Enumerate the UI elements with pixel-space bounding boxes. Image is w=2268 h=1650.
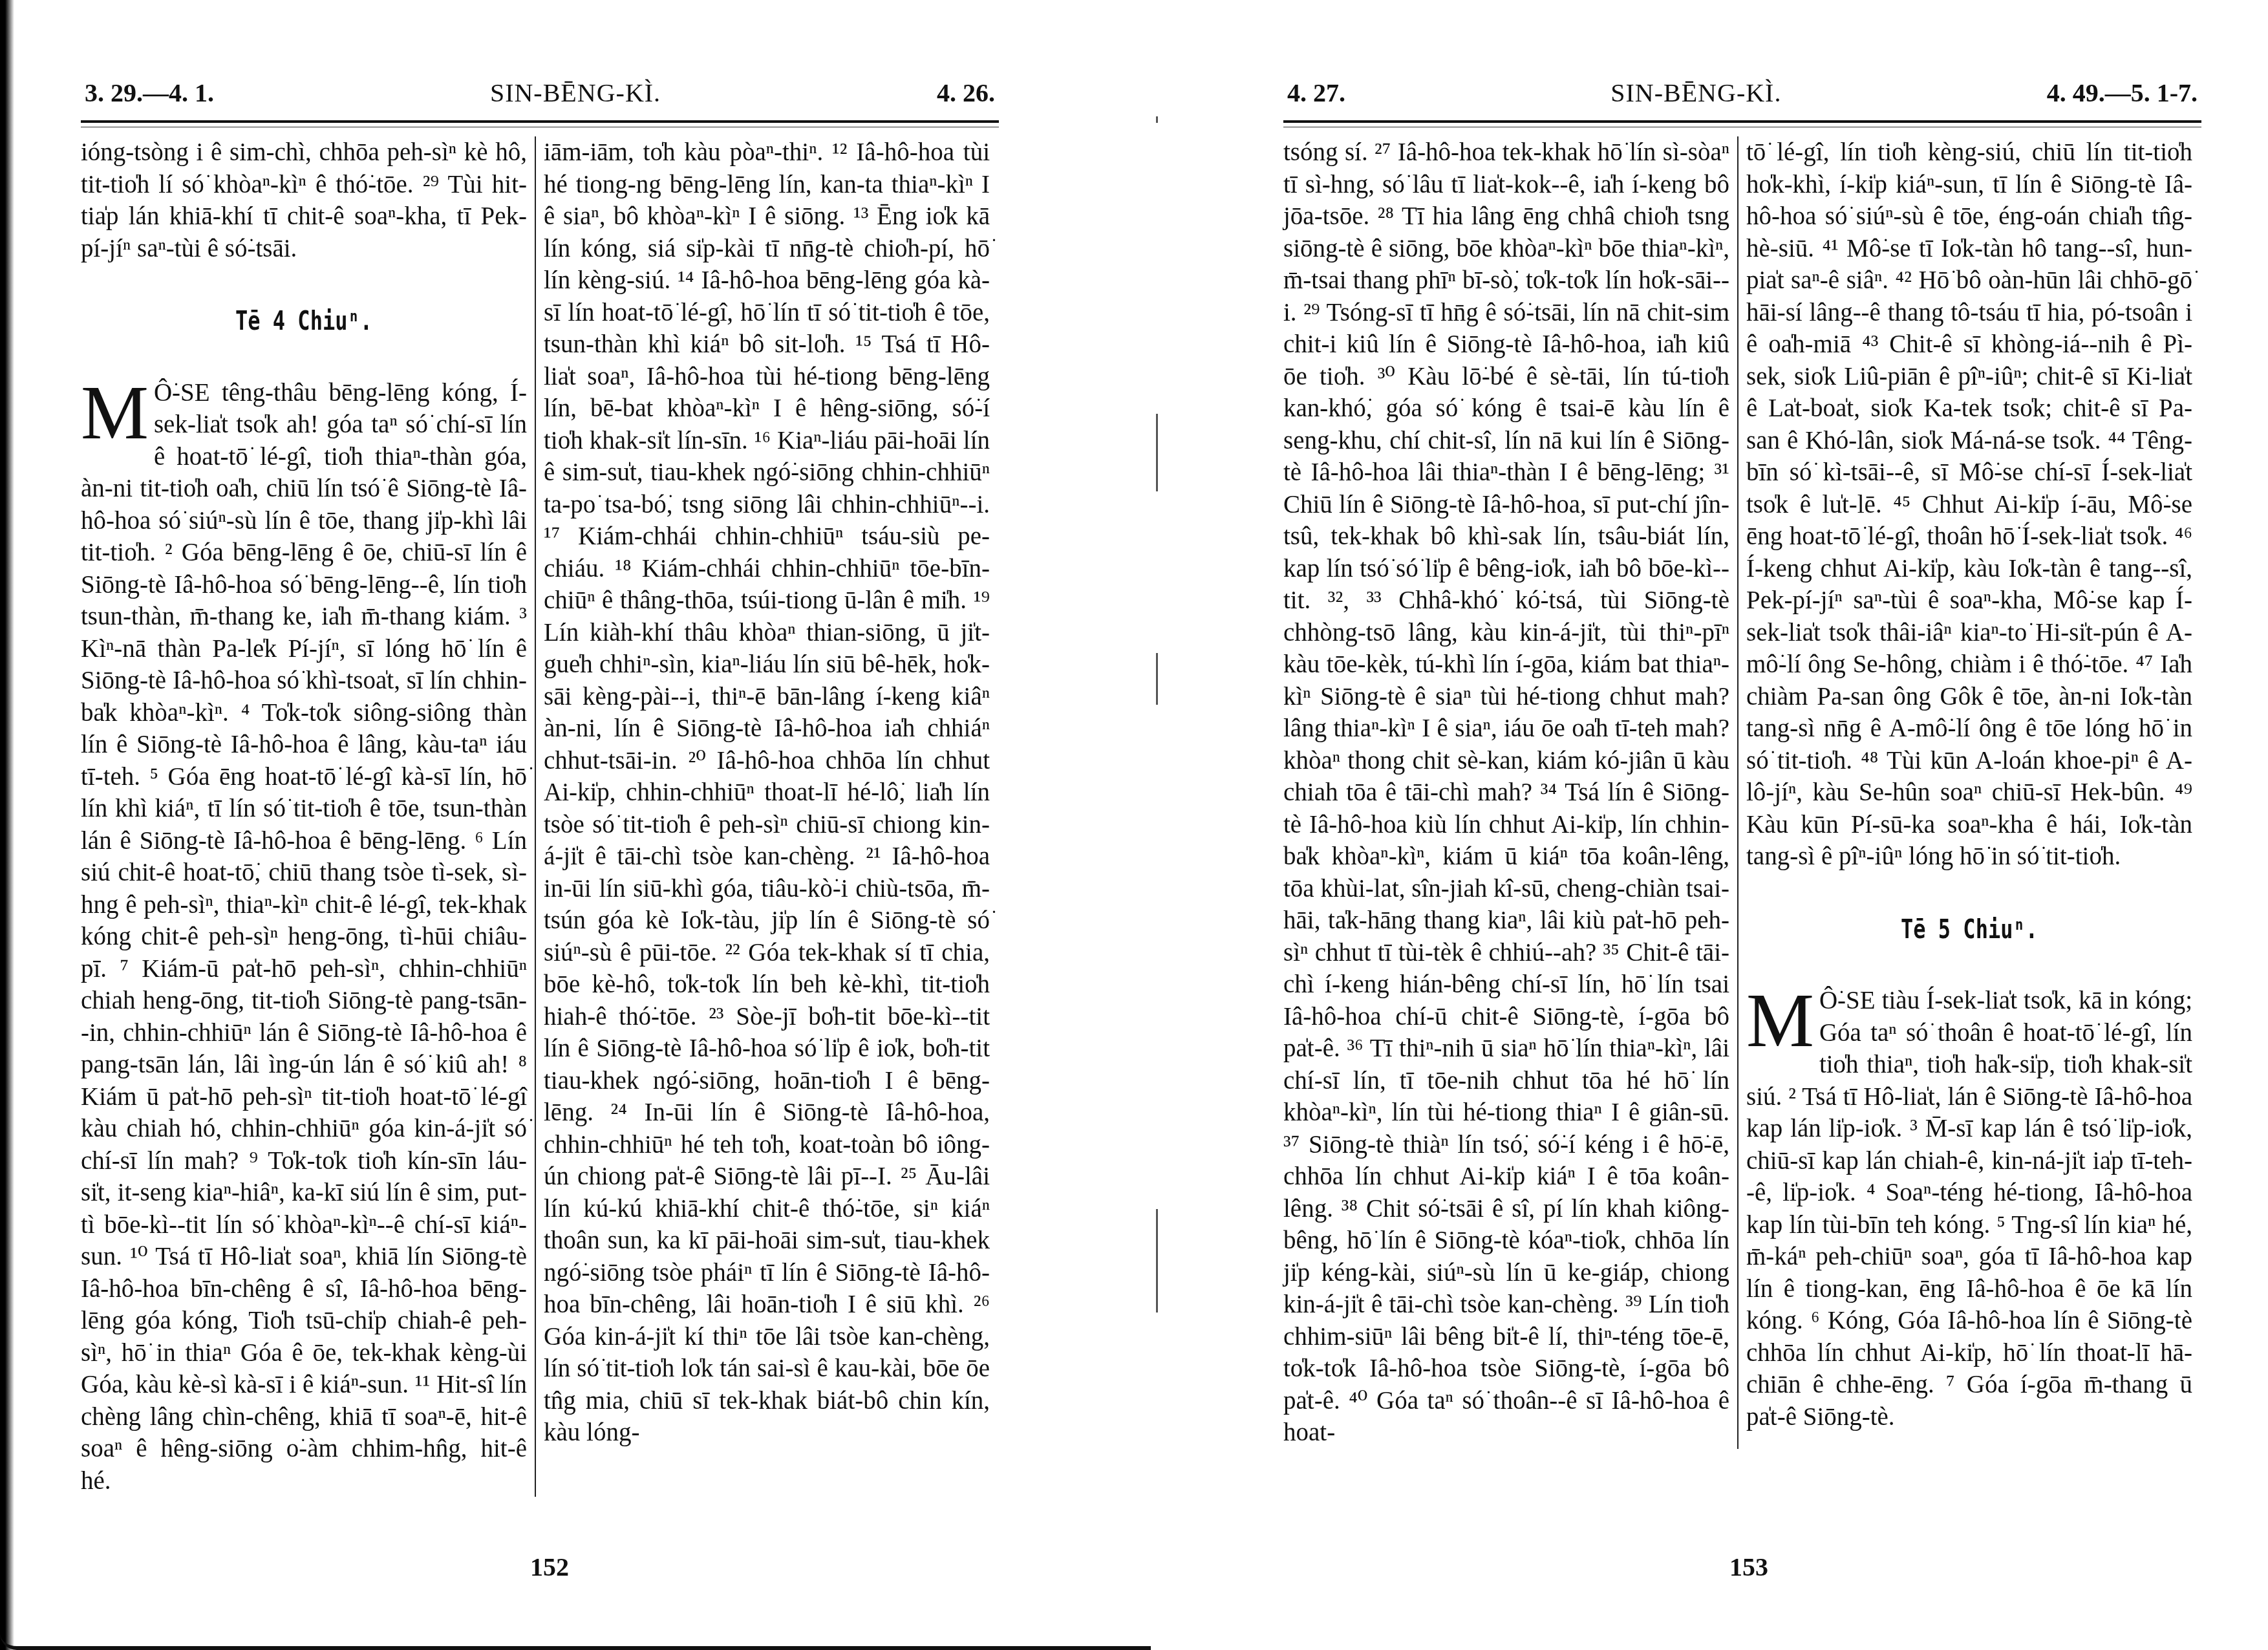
column-body: tsóng sí. ²⁷ Iâ-hô-hoa tek-khak hō͘ lín … xyxy=(1283,136,1729,1449)
gutter-mark xyxy=(1156,1209,1158,1312)
page-curl-edge xyxy=(0,1633,1151,1650)
running-header: 3. 29.—4. 1. SIN-BĒNG-KÌ. 4. 26. xyxy=(81,78,999,114)
chapter-heading: Tē 5 Chiuⁿ. xyxy=(1791,914,2148,947)
header-rule xyxy=(1283,120,2201,123)
continuation-paragraph: tō͘ lé-gî, lín tio̍h kèng-siú, chiū lín … xyxy=(1746,136,2192,873)
page-number: 153 xyxy=(1729,1552,1768,1582)
gutter-mark xyxy=(1156,653,1158,705)
verse-range-end: 4. 26. xyxy=(937,78,995,108)
two-column-text: ióng-tsòng i ê sim-chì, chhōa peh-sìⁿ kè… xyxy=(81,136,999,1497)
book-title: SIN-BĒNG-KÌ. xyxy=(1610,78,1781,108)
book-gutter xyxy=(1138,0,1177,1650)
chapter-paragraph: MÔ͘-SE tiàu Í-sek-lia̍t tso̍k, kā in kón… xyxy=(1746,985,2192,1433)
text-column-right: tō͘ lé-gî, lín tio̍h kèng-siú, chiū lín … xyxy=(1738,136,2192,1449)
chapter-heading: Tē 4 Chiuⁿ. xyxy=(125,306,482,338)
verse-range-end: 4. 49.—5. 1-7. xyxy=(2047,78,2198,108)
verse-range-start: 4. 27. xyxy=(1287,78,1345,108)
book-title: SIN-BĒNG-KÌ. xyxy=(490,78,661,108)
drop-cap: M xyxy=(1746,990,1814,1052)
header-rule-thin xyxy=(1283,127,2201,127)
drop-cap: M xyxy=(81,382,149,444)
two-column-text: tsóng sí. ²⁷ Iâ-hô-hoa tek-khak hō͘ lín … xyxy=(1283,136,2201,1449)
page-number: 152 xyxy=(530,1552,569,1582)
chapter-body: Ô͘-SE têng-thâu bēng-lēng kóng, Í-sek-li… xyxy=(81,379,527,1495)
chapter-paragraph: MÔ͘-SE têng-thâu bēng-lēng kóng, Í-sek-l… xyxy=(81,377,527,1497)
text-column-right: iām-iām, to̍h kàu pòaⁿ-thiⁿ. ¹² Iâ-hô-ho… xyxy=(536,136,990,1497)
text-column-left: tsóng sí. ²⁷ Iâ-hô-hoa tek-khak hō͘ lín … xyxy=(1283,136,1738,1449)
book-spine-shadow xyxy=(0,0,14,1650)
left-page: 3. 29.—4. 1. SIN-BĒNG-KÌ. 4. 26. ióng-ts… xyxy=(81,78,999,1497)
running-header: 4. 27. SIN-BĒNG-KÌ. 4. 49.—5. 1-7. xyxy=(1283,78,2201,114)
right-page: 4. 27. SIN-BĒNG-KÌ. 4. 49.—5. 1-7. tsóng… xyxy=(1283,78,2201,1449)
header-rule xyxy=(81,120,999,123)
header-rule-thin xyxy=(81,127,999,127)
continuation-paragraph: ióng-tsòng i ê sim-chì, chhōa peh-sìⁿ kè… xyxy=(81,136,527,264)
verse-range-start: 3. 29.—4. 1. xyxy=(85,78,214,108)
text-column-left: ióng-tsòng i ê sim-chì, chhōa peh-sìⁿ kè… xyxy=(81,136,536,1497)
column-body: iām-iām, to̍h kàu pòaⁿ-thiⁿ. ¹² Iâ-hô-ho… xyxy=(544,136,990,1449)
gutter-mark xyxy=(1156,414,1158,491)
gutter-mark xyxy=(1156,116,1158,123)
